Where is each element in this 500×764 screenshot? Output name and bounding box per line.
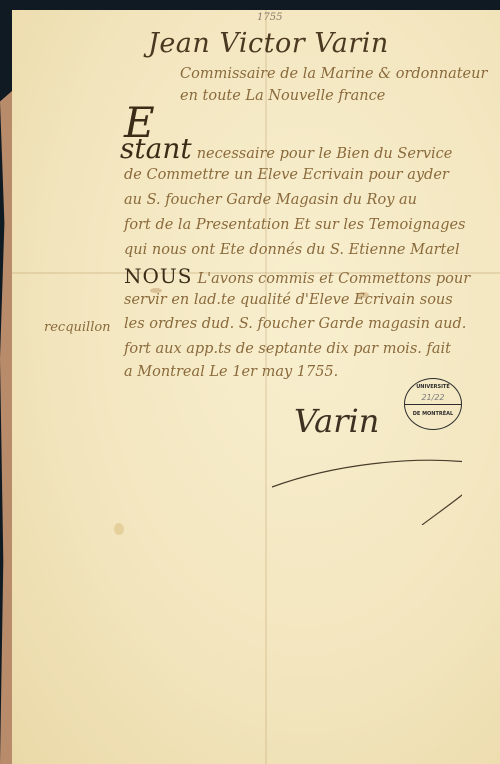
lead-word: stant [120,132,192,165]
body-line-8: les ordres dud. S. foucher Garde magasin… [124,316,466,332]
body-line-4: fort de la Presentation Et sur les Temoi… [124,217,466,233]
margin-note: recquillon [44,320,111,335]
signature-flourish [262,425,462,525]
stamp-top-text: UNIVERSITÉ [405,384,461,390]
author-heading: Jean Victor Varin [148,28,389,59]
body-line-9: fort aux app.ts de septante dix par mois… [124,341,451,357]
pencil-year-note: 1755 [257,12,282,23]
title-line-1: Commissaire de la Marine & ordonnateur [180,66,487,82]
stamp-number: 21/22 [405,393,461,402]
lead-word: NOUS [124,264,192,288]
body-line-2: de Commettre un Eleve Ecrivain pour ayde… [124,167,449,183]
fold-line-vertical [265,10,267,764]
stamp-divider [405,404,461,405]
body-line-1: stant necessaire pour le Bien du Service [120,132,452,165]
title-line-2: en toute La Nouvelle france [180,88,385,104]
stamp-bottom-text: DE MONTRÉAL [405,411,461,417]
paper-stain [114,523,124,535]
line-text: necessaire pour le Bien du Service [197,146,453,162]
body-line-6: NOUS L'avons commis et Commettons pour [124,264,470,288]
university-stamp: UNIVERSITÉ 21/22 DE MONTRÉAL [404,378,462,430]
body-line-7: servir en lad.te qualité d'Eleve Ecrivai… [124,292,453,308]
body-line-3: au S. foucher Garde Magasin du Roy au [124,192,417,208]
line-text: L'avons commis et Commettons pour [198,271,471,287]
body-line-5: qui nous ont Ete donnés du S. Etienne Ma… [124,242,460,258]
body-line-10: a Montreal Le 1er may 1755. [124,364,338,380]
